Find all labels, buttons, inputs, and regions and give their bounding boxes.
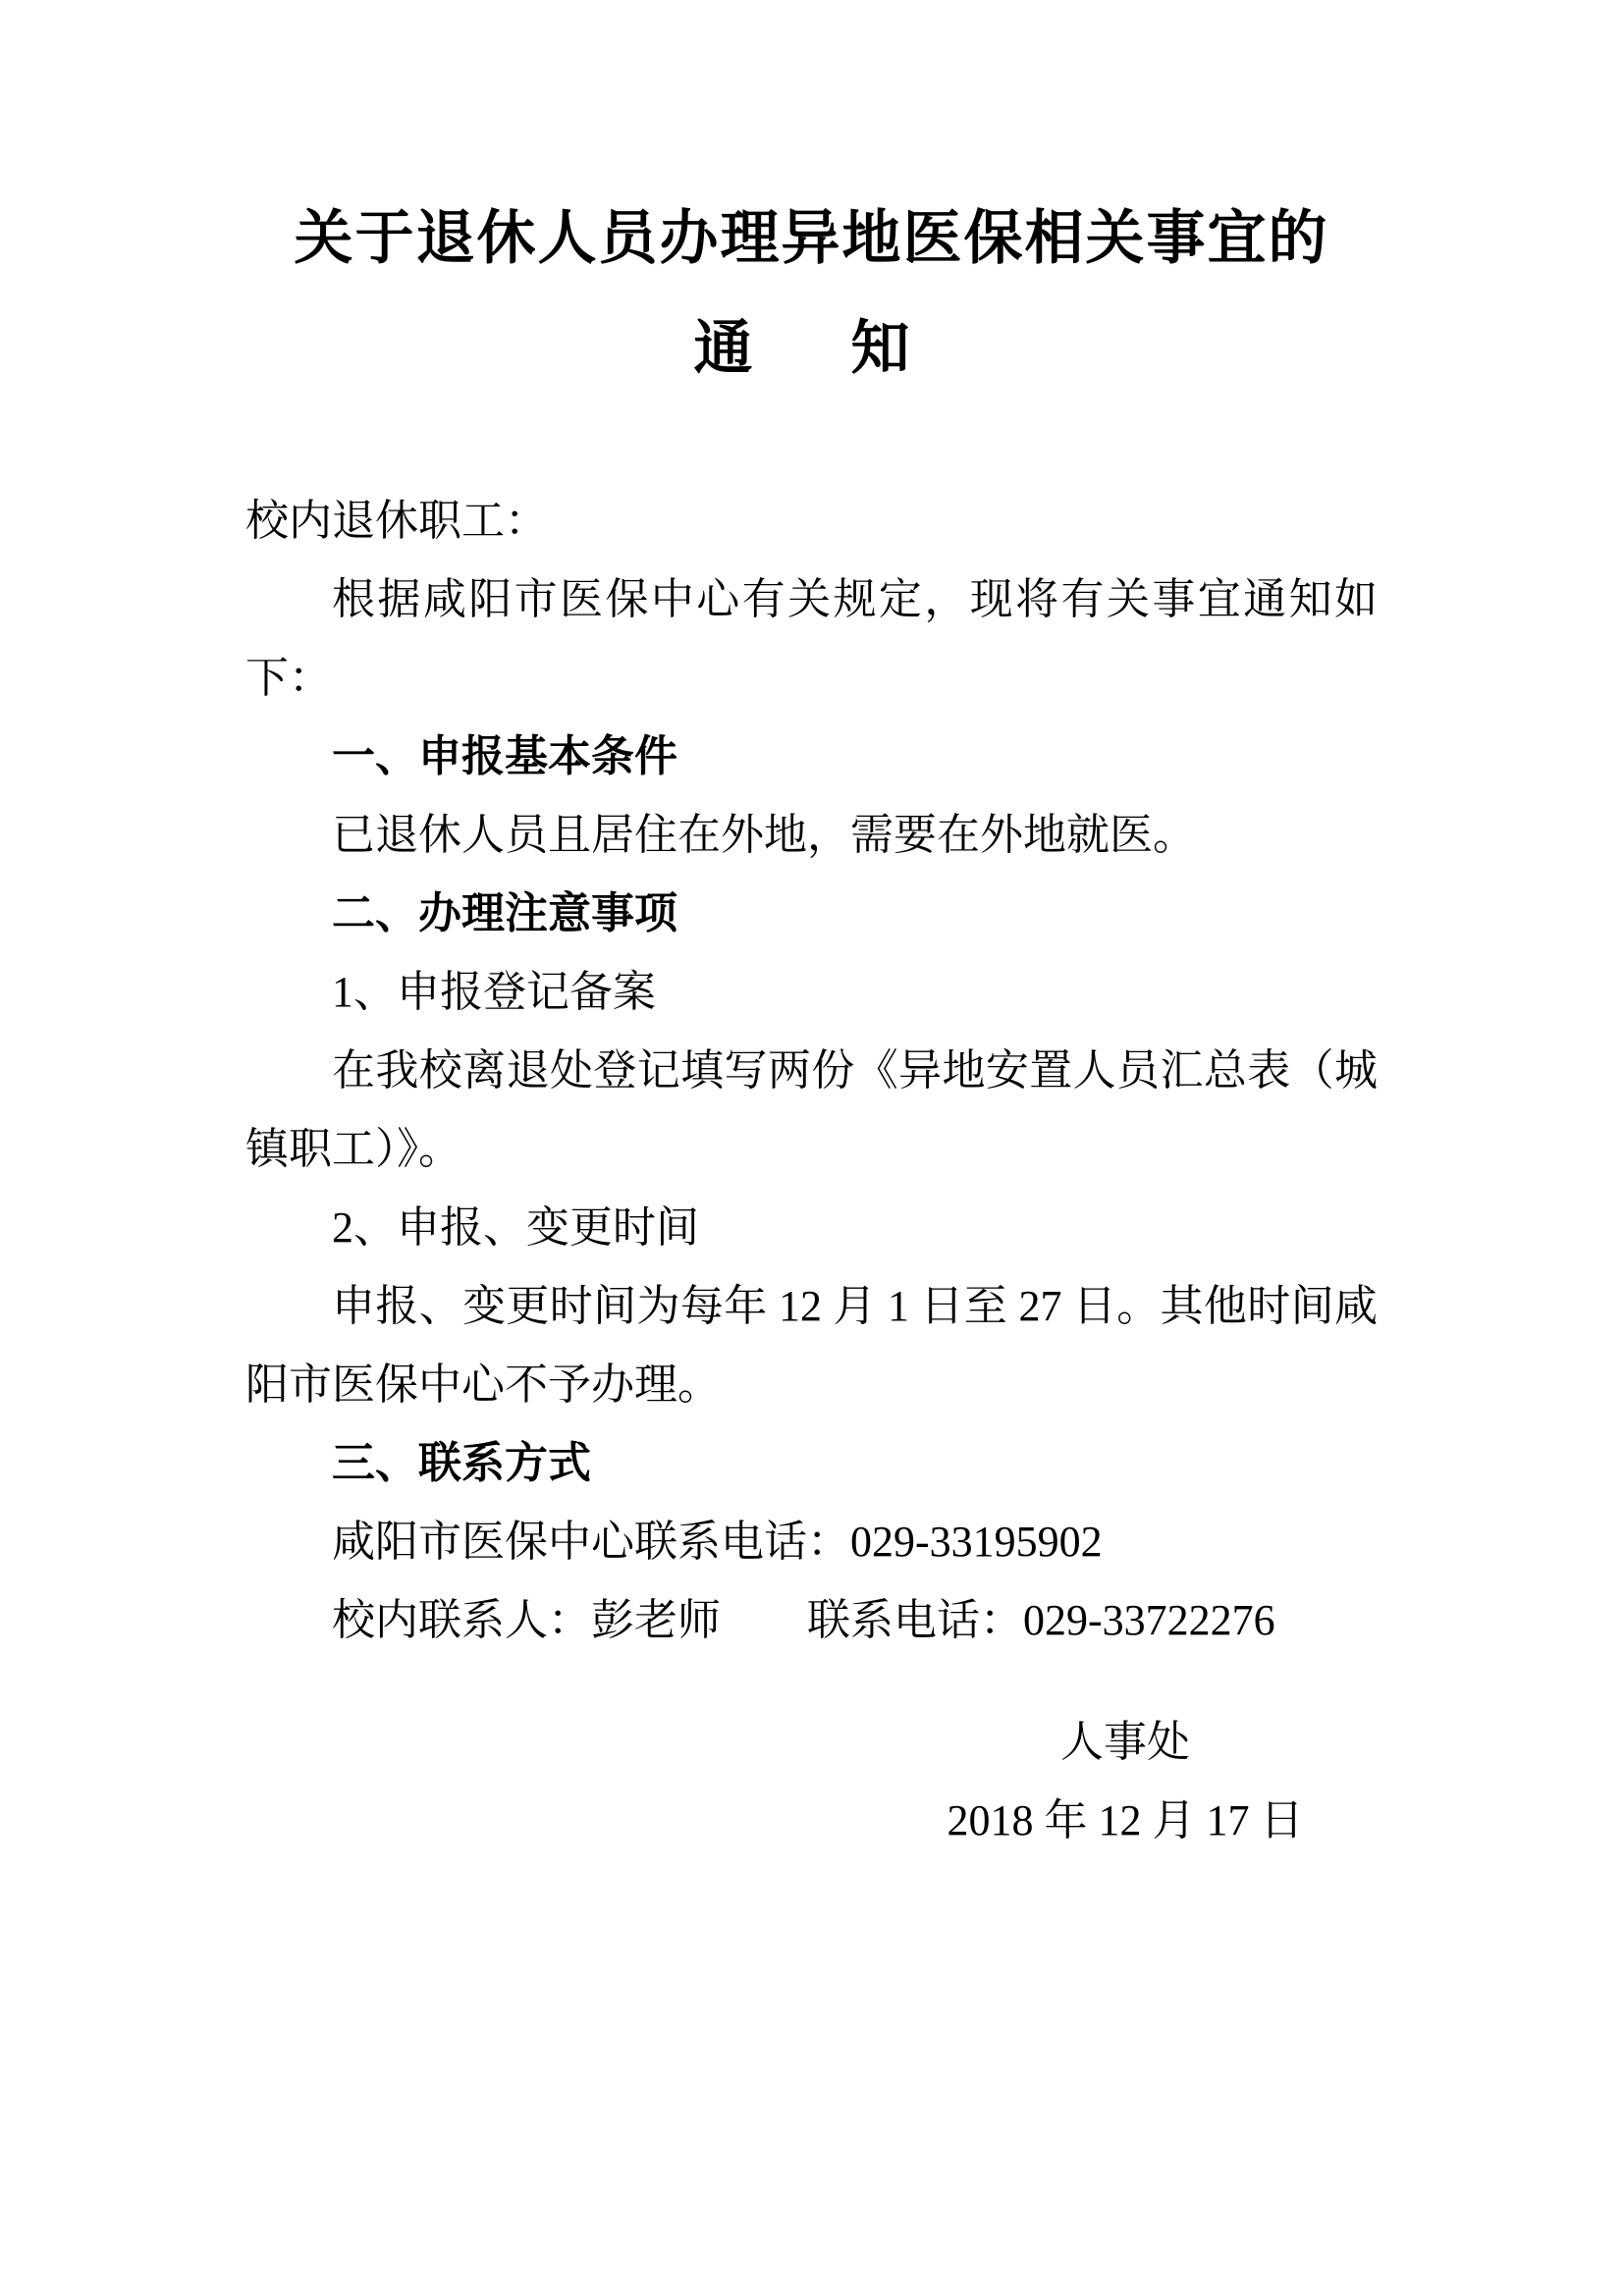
section-1-body: 已退休人员且居住在外地，需要在外地就医。 <box>245 796 1378 875</box>
section-1-heading: 一、申报基本条件 <box>245 718 1378 796</box>
notice-document: 关于退休人员办理异地医保相关事宜的 通 知 校内退休职工： 根据咸阳市医保中心有… <box>0 0 1624 2296</box>
intro-paragraph: 根据咸阳市医保中心有关规定，现将有关事宜通知如下： <box>245 561 1378 718</box>
section-2-item-1-title: 1、申报登记备案 <box>245 953 1378 1032</box>
signer-department: 人事处 <box>873 1703 1378 1782</box>
section-3-heading: 三、联系方式 <box>245 1424 1378 1503</box>
document-title-line2: 通 知 <box>245 311 1378 386</box>
section-2-item-2-body: 申报、变更时间为每年 12 月 1 日至 27 日。其他时间咸阳市医保中心不予办… <box>245 1267 1378 1424</box>
document-body: 校内退休职工： 根据咸阳市医保中心有关规定，现将有关事宜通知如下： 一、申报基本… <box>245 482 1378 1660</box>
signature-date: 2018 年 12 月 17 日 <box>873 1782 1378 1860</box>
salutation: 校内退休职工： <box>245 482 1378 561</box>
document-title-line1: 关于退休人员办理异地医保相关事宜的 <box>245 201 1378 276</box>
signature-block: 人事处 2018 年 12 月 17 日 <box>873 1703 1378 1860</box>
section-2-heading: 二、办理注意事项 <box>245 875 1378 953</box>
section-2-item-2-title: 2、申报、变更时间 <box>245 1189 1378 1267</box>
contact-line-center: 咸阳市医保中心联系电话：029-33195902 <box>245 1503 1378 1581</box>
section-2-item-1-body: 在我校离退处登记填写两份《异地安置人员汇总表（城镇职工）》。 <box>245 1032 1378 1189</box>
contact-line-campus: 校内联系人：彭老师 联系电话：029-33722276 <box>245 1581 1378 1660</box>
